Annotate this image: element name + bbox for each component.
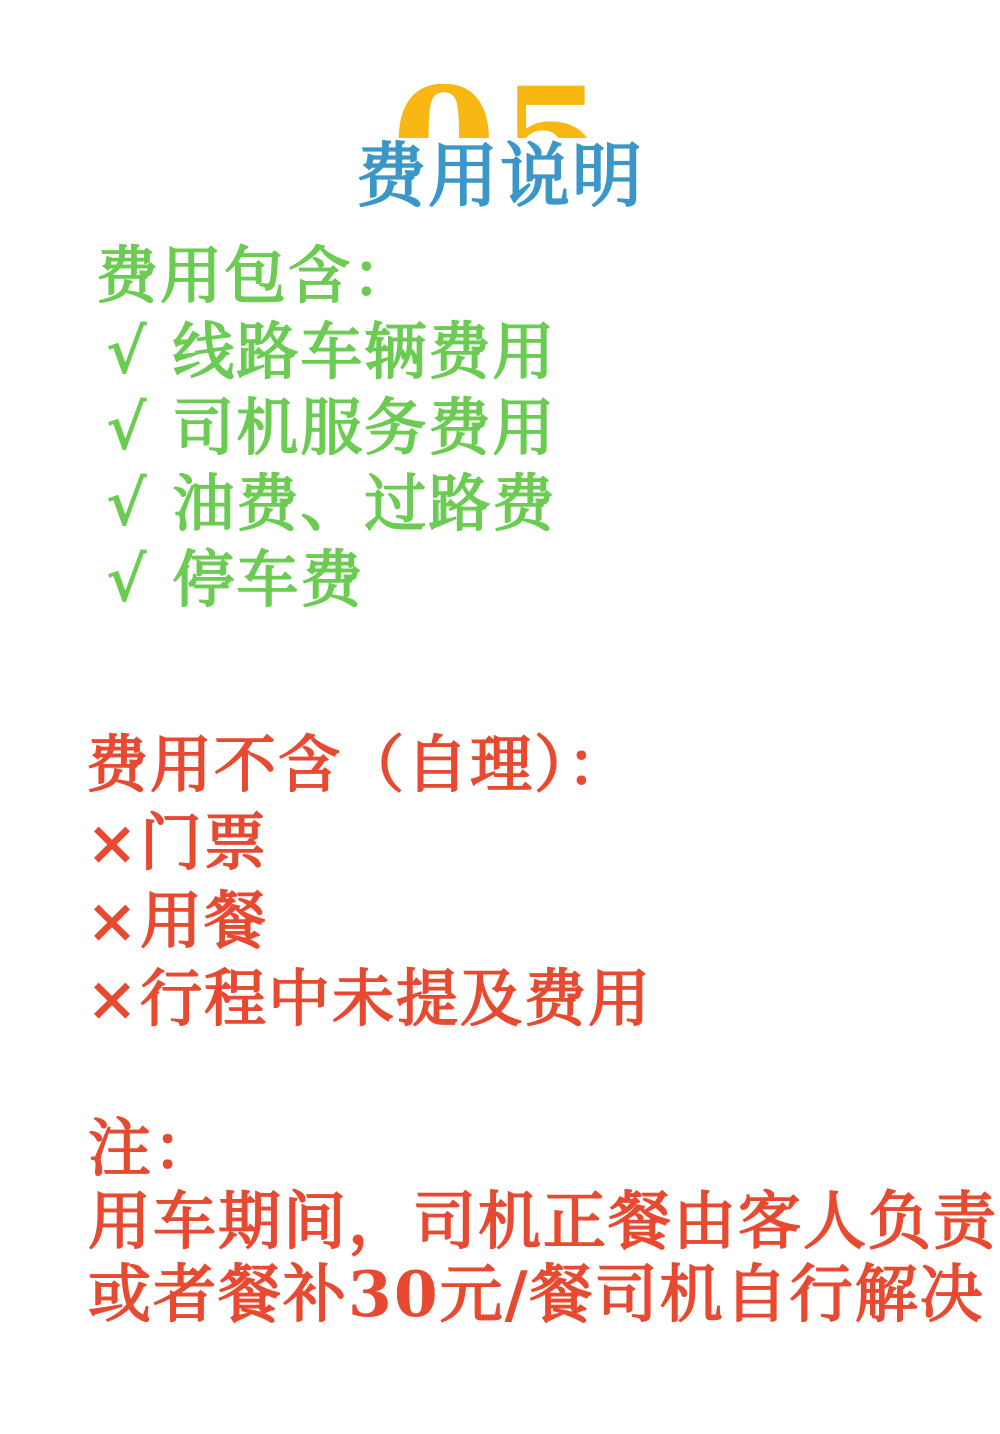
note-section: 注： 用车期间，司机正餐由客人负责 或者餐补30元/餐司机自行解决 bbox=[88, 1112, 998, 1331]
fees-included-item: √ 油费、过路费 bbox=[96, 466, 556, 542]
page-title: 费用说明 bbox=[0, 138, 1000, 214]
note-line: 用车期间，司机正餐由客人负责 bbox=[88, 1185, 998, 1258]
fees-excluded-item: ×门票 bbox=[86, 804, 652, 882]
fees-included-section: 费用包含： √ 线路车辆费用 √ 司机服务费用 √ 油费、过路费 √ 停车费 bbox=[96, 238, 556, 618]
fees-included-heading: 费用包含： bbox=[96, 238, 556, 314]
fees-excluded-heading: 费用不含（自理）： bbox=[86, 726, 652, 804]
fees-included-item: √ 停车费 bbox=[96, 542, 556, 618]
section-number: 05 bbox=[0, 84, 1000, 138]
section-number-clip: 05 bbox=[0, 84, 1000, 138]
fees-excluded-section: 费用不含（自理）： ×门票 ×用餐 ×行程中未提及费用 bbox=[86, 726, 652, 1038]
fees-included-item: √ 司机服务费用 bbox=[96, 390, 556, 466]
fees-included-item: √ 线路车辆费用 bbox=[96, 314, 556, 390]
note-heading: 注： bbox=[88, 1112, 998, 1185]
fees-excluded-item: ×行程中未提及费用 bbox=[86, 960, 652, 1038]
note-line: 或者餐补30元/餐司机自行解决 bbox=[88, 1258, 998, 1331]
fees-excluded-item: ×用餐 bbox=[86, 882, 652, 960]
